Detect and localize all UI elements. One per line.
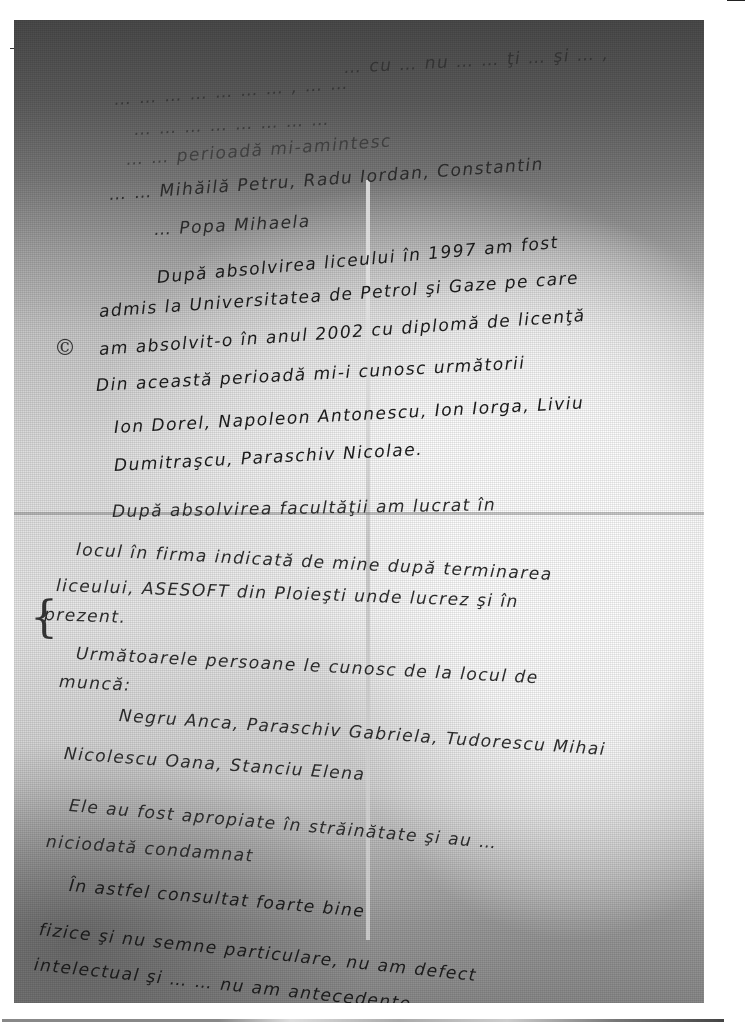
scan-corner-mark bbox=[727, 0, 745, 1]
handwritten-line: În astfel consultat foarte bine bbox=[68, 876, 366, 922]
handwritten-line: … cu … nu … … ţi … şi … , bbox=[343, 44, 609, 78]
handwritten-line: … Popa Mihaela bbox=[153, 212, 311, 240]
handwritten-line: Din această perioadă mi-i cunosc următor… bbox=[95, 354, 526, 396]
handwritten-line: Dumitraşcu, Paraschiv Nicolae. bbox=[113, 440, 423, 476]
handwritten-line: liceului, ASESOFT din Ploieşti unde lucr… bbox=[56, 576, 520, 612]
handwritten-line: niciodată condamnat bbox=[45, 832, 254, 866]
handwritten-line: Ion Dorel, Napoleon Antonescu, Ion Iorga… bbox=[113, 393, 584, 438]
handwritten-line: … … … … … … … … bbox=[133, 110, 330, 140]
handwritten-line: După absolvirea facultăţii am lucrat în bbox=[112, 495, 497, 522]
scan-bottom-edge bbox=[2, 1019, 724, 1022]
handwritten-line: Nicolescu Oana, Stanciu Elena bbox=[63, 744, 366, 785]
brace-margin-mark-icon: { bbox=[30, 592, 58, 643]
circled-margin-mark-icon: © bbox=[54, 336, 76, 361]
handwritten-line: muncă: bbox=[58, 672, 132, 696]
handwritten-line: … … … … … … … , … … bbox=[113, 74, 349, 110]
scanned-handwritten-page: … cu … nu … … ţi … şi … , … … … … … … … … bbox=[14, 20, 704, 1003]
handwritten-line: Următoarele persoane le cunosc de la loc… bbox=[75, 644, 539, 688]
